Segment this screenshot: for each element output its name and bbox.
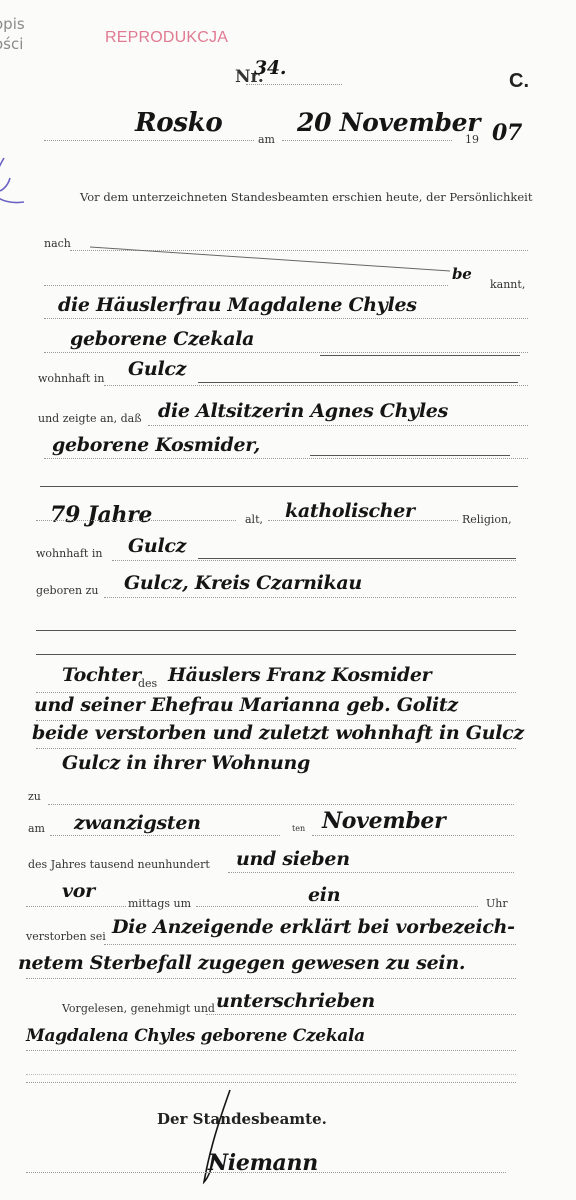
informant-statement-line2: netem Sterbefall zugegen gewesen zu sein… <box>18 952 465 974</box>
dotted-line <box>246 84 342 85</box>
dotted-line <box>26 1082 516 1083</box>
death-year: und sieben <box>236 848 350 870</box>
informant-name: die Häuslerfrau Magdalene Chyles <box>58 294 417 316</box>
fill-stroke <box>36 654 516 655</box>
dotted-line <box>44 140 254 141</box>
nach-label: nach <box>44 237 71 250</box>
fill-stroke <box>198 558 516 559</box>
archive-stamp-line1: opis <box>0 14 25 34</box>
dotted-line <box>26 1050 516 1051</box>
zu-label: zu <box>28 790 41 803</box>
ten-label: ten <box>292 824 305 833</box>
deceased-age: 79 Jahre <box>50 502 152 528</box>
informant-maiden-name: geborene Czekala <box>70 328 254 350</box>
parents-status: beide verstorben und zuletzt wohnhaft in… <box>32 722 524 744</box>
place-of-registration: Rosko <box>135 108 222 138</box>
year-label: des Jahres tausend neunhundert <box>28 858 210 871</box>
deceased-religion: katholischer <box>285 500 415 522</box>
deceased-maiden-name: geborene Kosmider, <box>52 434 260 456</box>
intro-text: Vor dem unterzeichneten Standesbeamten e… <box>80 190 532 204</box>
daughter-of: Tochter <box>62 664 141 686</box>
religion-label: Religion, <box>462 513 512 526</box>
mother-name: und seiner Ehefrau Marianna geb. Golitz <box>34 694 458 716</box>
bekannt-label: kannt, <box>490 278 525 291</box>
dotted-line <box>26 906 126 907</box>
informant-statement-line1: Die Anzeigende erklärt bei vorbezeich- <box>112 916 515 938</box>
dotted-line <box>196 906 478 907</box>
record-number: 34. <box>254 57 286 79</box>
des-label: des <box>138 677 157 690</box>
dotted-line <box>228 872 514 873</box>
am-label: am <box>258 133 275 146</box>
dotted-line <box>112 560 516 561</box>
blue-ink-mark <box>0 150 30 220</box>
dotted-line <box>48 804 514 805</box>
dotted-line <box>44 458 528 459</box>
dotted-line <box>104 385 528 386</box>
fill-stroke <box>36 630 516 631</box>
dotted-line <box>44 318 528 319</box>
dotted-line <box>26 1172 506 1173</box>
registration-date: 20 November <box>297 108 480 137</box>
announce-label: und zeigte an, daß <box>38 412 142 425</box>
year-prefix: 19 <box>465 133 479 146</box>
dotted-line <box>26 978 516 979</box>
dotted-line <box>44 352 528 353</box>
dotted-line <box>104 944 516 945</box>
fill-stroke <box>310 455 510 456</box>
dotted-line <box>36 748 516 749</box>
reproduction-stamp: REPRODUKCJA <box>105 29 228 47</box>
dotted-line <box>26 1074 516 1075</box>
signed-word: unterschrieben <box>216 990 375 1012</box>
born-label: geboren zu <box>36 584 98 597</box>
uhr-label: Uhr <box>486 897 508 910</box>
fill-stroke <box>320 355 520 356</box>
dotted-line <box>44 285 448 286</box>
death-month: November <box>322 808 445 834</box>
informant-residence: Gulcz <box>128 358 186 380</box>
deceased-name: die Altsitzerin Agnes Chyles <box>158 400 448 422</box>
death-day: zwanzigsten <box>74 812 201 834</box>
archive-stamp: opis ości <box>0 14 25 54</box>
father-name: Häuslers Franz Kosmider <box>168 664 431 686</box>
archive-stamp-line2: ości <box>0 34 25 54</box>
verstorben-label: verstorben sei <box>26 930 106 943</box>
alt-label: alt, <box>245 513 263 526</box>
am-label-death: am <box>28 822 45 835</box>
residence-label: wohnhaft in <box>38 372 104 385</box>
dotted-line <box>268 520 458 521</box>
year-suffix: 07 <box>492 120 522 146</box>
form-letter: C. <box>509 70 529 93</box>
bekannt-handwritten: be <box>452 265 471 283</box>
dotted-line <box>312 835 514 836</box>
dotted-line <box>282 140 452 141</box>
death-ampm: vor <box>62 880 95 902</box>
death-hour: ein <box>308 884 340 906</box>
informant-signature: Magdalena Chyles geborene Czekala <box>26 1026 365 1046</box>
dotted-line <box>36 720 516 721</box>
dotted-line <box>148 425 528 426</box>
dotted-line <box>206 1014 516 1015</box>
dotted-line <box>36 520 236 521</box>
death-place: Gulcz in ihrer Wohnung <box>62 752 310 774</box>
mittags-label: mittags um <box>128 897 191 910</box>
dotted-line <box>104 597 516 598</box>
dotted-line <box>50 835 280 836</box>
strike-line <box>90 245 450 275</box>
read-approved-label: Vorgelesen, genehmigt und <box>62 1002 215 1015</box>
deceased-residence-label: wohnhaft in <box>36 547 102 560</box>
registrar-title: Der Standesbeamte. <box>157 1110 327 1128</box>
dotted-line <box>36 692 516 693</box>
deceased-residence: Gulcz <box>128 535 186 557</box>
deceased-birthplace: Gulcz, Kreis Czarnikau <box>124 572 362 594</box>
fill-stroke <box>198 382 518 383</box>
fill-stroke <box>40 486 518 487</box>
